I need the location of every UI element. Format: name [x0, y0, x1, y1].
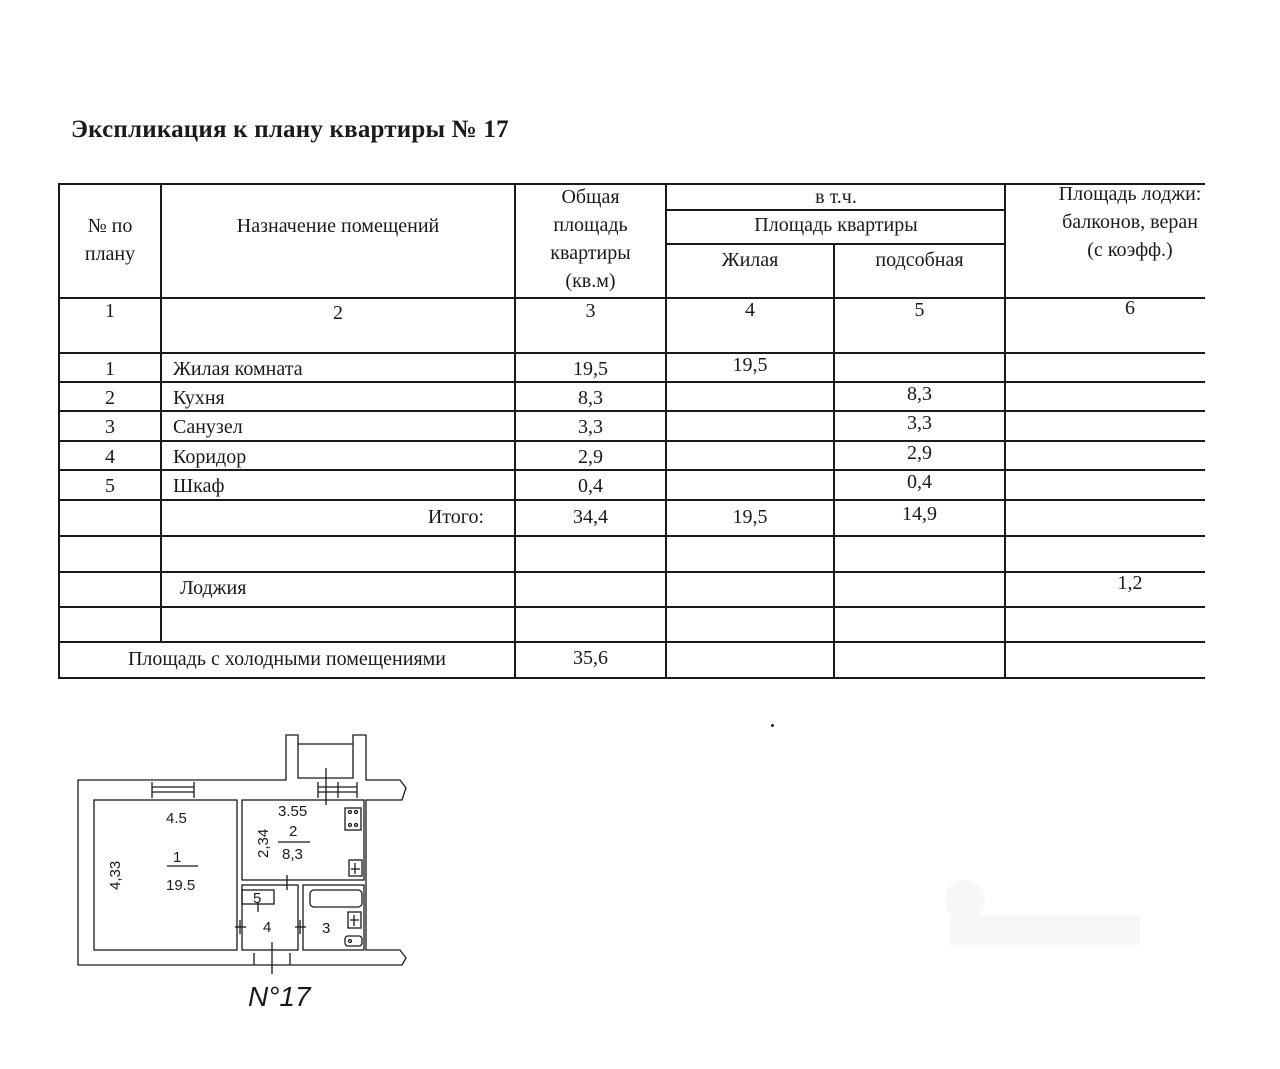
- table-cell-aux: 8,3: [835, 383, 1004, 405]
- table-line: [58, 410, 1205, 412]
- floor-plan: 4.5 1 19.5 4,33 3.55 2 8,3 2,34 3 4 5 N°…: [70, 730, 420, 1020]
- table-line: [160, 183, 162, 642]
- apartment-number-label: N°17: [248, 981, 312, 1012]
- table-cell-name: Кухня: [173, 387, 513, 409]
- table-cell-total: 0,4: [516, 475, 665, 497]
- table-line: [58, 469, 1205, 471]
- table-cell-name: Жилая комната: [173, 358, 513, 380]
- table-cell-num: 5: [60, 475, 160, 497]
- total-auxiliary: 14,9: [835, 503, 1004, 525]
- total-label: Итого:: [162, 506, 484, 528]
- total-area: 34,4: [516, 506, 665, 528]
- explication-table: № по плану Назначение помещений Общая пл…: [0, 0, 1280, 700]
- header-line: квартиры: [516, 239, 665, 267]
- column-number: 4: [667, 299, 833, 321]
- loggia-area: 1,2: [1006, 572, 1254, 594]
- room2-area: 8,3: [282, 846, 303, 863]
- room3-number: 3: [322, 920, 330, 937]
- dim-room1-width: 4.5: [166, 810, 187, 827]
- header-apartment-area: Площадь квартиры: [667, 211, 1005, 239]
- table-cell-aux: 0,4: [835, 471, 1004, 493]
- table-cell-total: 2,9: [516, 446, 665, 468]
- loggia-label: Лоджия: [180, 577, 246, 599]
- table-line: [58, 381, 1205, 383]
- table-cell-aux: 2,9: [835, 442, 1004, 464]
- table-line: [58, 641, 1205, 643]
- table-cell-aux: 3,3: [835, 412, 1004, 434]
- dim-room2-width: 3.55: [278, 803, 307, 820]
- column-number: 1: [60, 300, 160, 322]
- table-cell-total: 8,3: [516, 387, 665, 409]
- dim-room2-height: 2,34: [255, 829, 272, 858]
- cold-area-label: Площадь с холодными помещениями: [60, 648, 514, 670]
- table-line: [58, 535, 1205, 537]
- room2-number: 2: [289, 823, 297, 840]
- table-line: [58, 440, 1205, 442]
- room4-number: 4: [263, 919, 271, 936]
- table-cell-num: 1: [60, 358, 160, 380]
- header-room-purpose: Назначение помещений: [162, 212, 514, 240]
- header-living: Жилая: [667, 246, 833, 274]
- column-number: 2: [162, 302, 514, 324]
- header-line: Площадь лоджи:: [1006, 180, 1254, 208]
- table-line: [58, 352, 1205, 354]
- column-number: 6: [1006, 297, 1254, 319]
- room5-number: 5: [253, 890, 261, 907]
- table-line: [665, 243, 1005, 245]
- table-cell-name: Шкаф: [173, 475, 513, 497]
- table-cell-num: 3: [60, 416, 160, 438]
- header-auxiliary: подсобная: [835, 246, 1004, 274]
- table-line: [58, 499, 1205, 501]
- watermark-logo: [930, 870, 1150, 960]
- scan-speck: [771, 724, 774, 727]
- table-border-bottom: [58, 677, 1205, 679]
- header-line: плану: [60, 240, 160, 268]
- cold-area-total: 35,6: [516, 647, 665, 669]
- table-cell-name: Коридор: [173, 446, 513, 468]
- column-number: 3: [516, 300, 665, 322]
- table-cell-name: Санузел: [173, 416, 513, 438]
- total-living: 19,5: [667, 506, 833, 528]
- column-number: 5: [835, 299, 1004, 321]
- header-line: Общая: [516, 183, 665, 211]
- header-including: в т.ч.: [667, 183, 1005, 211]
- table-cell-num: 4: [60, 446, 160, 468]
- table-cell-total: 19,5: [516, 358, 665, 380]
- table-cell-living: 19,5: [667, 354, 833, 376]
- room1-area: 19.5: [166, 877, 195, 894]
- header-line: (кв.м): [516, 267, 665, 295]
- header-line: балконов, веран: [1006, 208, 1254, 236]
- header-line: № по: [60, 212, 160, 240]
- header-line: площадь: [516, 211, 665, 239]
- table-line: [58, 606, 1205, 608]
- header-loggia-area: Площадь лоджи: балконов, веран (с коэфф.…: [1006, 180, 1254, 264]
- table-cell-total: 3,3: [516, 416, 665, 438]
- header-total-area: Общая площадь квартиры (кв.м): [516, 183, 665, 295]
- header-line: (с коэфф.): [1006, 236, 1254, 264]
- dim-room1-height: 4,33: [107, 861, 124, 890]
- table-cell-num: 2: [60, 387, 160, 409]
- room1-number: 1: [173, 849, 181, 866]
- header-plan-number: № по плану: [60, 212, 160, 268]
